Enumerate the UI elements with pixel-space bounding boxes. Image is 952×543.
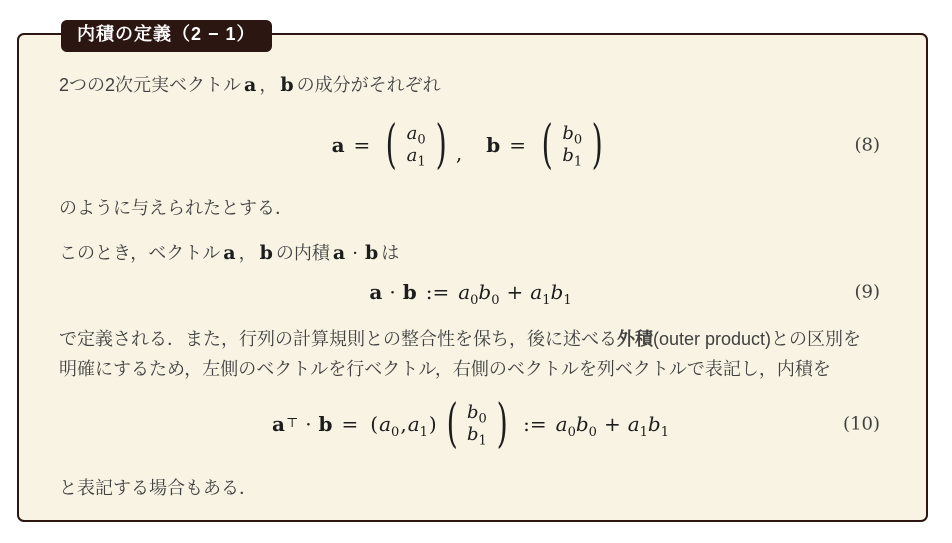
var-a: a (408, 412, 420, 436)
left-paren: ( (446, 401, 457, 448)
equation-number-9: (9) (855, 282, 881, 303)
sub-1: 1 (420, 425, 428, 440)
equals-sign: = (509, 133, 526, 157)
intro-comma: ， (259, 75, 277, 95)
var-a: a (379, 412, 391, 436)
var-b: b (467, 402, 479, 423)
column-vector-b: ( b0 b1 ) (442, 401, 512, 448)
comma: , (400, 412, 406, 436)
row-vector-a: ( a0 , a1 ) (369, 412, 437, 436)
term-a1: a1 (530, 280, 550, 304)
var-a: a (530, 280, 542, 304)
vector-b-entries: b0 b1 (462, 402, 492, 445)
l2-text-post: は (381, 243, 399, 263)
equation-number-8: (8) (855, 135, 881, 156)
equation-10-body: a⊤ · b = ( a0 , a1 ) ( b0 (272, 401, 669, 448)
equals-sign: = (354, 133, 371, 157)
var-b: b (478, 280, 491, 304)
outro-line: と表記する場合もある． (59, 478, 882, 499)
var-b: b (467, 424, 479, 445)
definition-content: 2つの2次元実ベクトルa，bの成分がそれぞれ a = ( a0 a1 ) , (19, 35, 926, 499)
var-b: b (648, 412, 661, 436)
plus-sign: + (507, 280, 524, 304)
entry-b0: b0 (562, 123, 582, 145)
equals-sign: = (342, 412, 359, 436)
dot-operator: · (305, 412, 311, 436)
entry-b1: b1 (467, 424, 487, 446)
sub-1: 1 (661, 425, 669, 440)
vector-a-entries: a0 a1 (402, 123, 431, 166)
vector-a-symbol: a (332, 133, 345, 157)
dot-operator: · (389, 280, 395, 304)
term-a1: a1 (628, 412, 648, 436)
sub-1: 1 (574, 155, 582, 170)
equation-9: a · b := a0 b0 + a1 b1 (9) (59, 278, 882, 306)
var-b: b (562, 123, 574, 144)
sub-1: 1 (640, 425, 648, 440)
vector-b-inline: b (365, 242, 378, 264)
para-text-post: (outer product)との区別を (653, 329, 861, 349)
after-eq8-line: のように与えられたとする． (59, 198, 882, 219)
var-a: a (407, 145, 418, 166)
right-paren: ) (496, 401, 507, 448)
column-vector-b: ( b0 b1 ) (537, 122, 607, 169)
vector-b-inline: b (260, 242, 273, 264)
defined-equals: := (426, 280, 450, 304)
sub-1: 1 (563, 293, 571, 308)
column-vector-a: ( a0 a1 ) (381, 122, 451, 169)
dot-operator-inline: · (352, 243, 358, 264)
var-a: a (556, 412, 568, 436)
entry-a0: a0 (407, 123, 426, 145)
equation-8: a = ( a0 a1 ) , b = ( (59, 116, 882, 174)
after-eq8-text: のように与えられたとする． (59, 198, 293, 218)
var-a: a (407, 123, 418, 144)
var-b: b (562, 145, 574, 166)
sub-1: 1 (479, 434, 487, 449)
right-paren: ) (435, 122, 446, 169)
paragraph-line-1: で定義される．また，行列の計算規則との整合性を保ち，後に述べる外積(outer … (59, 324, 882, 354)
right-paren: ) (592, 122, 603, 169)
var-a: a (458, 280, 470, 304)
intro-line: 2つの2次元実ベクトルa，bの成分がそれぞれ (59, 75, 882, 96)
entry-b1: b1 (562, 145, 582, 167)
inner-product-intro-line: このとき，ベクトルa，bの内積a·bは (59, 243, 882, 264)
var-b: b (551, 280, 564, 304)
intro-text-post: の成分がそれぞれ (297, 75, 441, 95)
sub-1: 1 (542, 293, 550, 308)
term-b0: b0 (478, 280, 499, 304)
separator-comma: , (456, 141, 462, 165)
l2-comma: ， (239, 243, 257, 263)
entry-a0: a0 (379, 412, 399, 436)
definition-box: 内積の定義（2 − 1） 2つの2次元実ベクトルa，bの成分がそれぞれ a = … (17, 33, 928, 522)
vector-b-inline: b (280, 74, 293, 96)
left-paren: ( (370, 412, 378, 436)
right-paren: ) (429, 412, 437, 436)
var-b: b (576, 412, 589, 436)
vector-b-entries: b0 b1 (557, 123, 587, 166)
vector-a-inline: a (333, 242, 345, 264)
term-b1: b1 (648, 412, 669, 436)
vector-a-symbol: a (272, 412, 285, 436)
equation-10: a⊤ · b = ( a0 , a1 ) ( b0 (59, 392, 882, 456)
vector-b-symbol: b (403, 280, 417, 304)
term-a0: a0 (458, 280, 478, 304)
sub-1: 1 (417, 155, 425, 170)
sub-0: 0 (589, 425, 597, 440)
entry-a1: a1 (407, 145, 426, 167)
transpose-symbol: ⊤ (286, 416, 298, 431)
equation-number-10: (10) (843, 414, 880, 435)
l2-text-pre: このとき，ベクトル (59, 243, 220, 263)
definition-title-text: 内積の定義（2 − 1） (77, 24, 256, 44)
outer-product-bold: 外積 (617, 329, 653, 349)
left-paren: ( (386, 122, 397, 169)
equation-9-body: a · b := a0 b0 + a1 b1 (369, 280, 571, 304)
defined-equals: := (523, 412, 547, 436)
vector-a-inline: a (244, 74, 256, 96)
definition-title-badge: 内積の定義（2 − 1） (61, 20, 272, 52)
var-a: a (628, 412, 640, 436)
entry-a1: a1 (408, 412, 428, 436)
vector-a-symbol: a (369, 280, 382, 304)
sub-0: 0 (568, 425, 576, 440)
para-line2-text: 明確にするため，左側のベクトルを行ベクトル，右側のベクトルを列ベクトルで表記し，… (59, 359, 831, 379)
page: 内積の定義（2 − 1） 2つの2次元実ベクトルa，bの成分がそれぞれ a = … (0, 0, 952, 543)
term-a0: a0 (556, 412, 576, 436)
plus-sign: + (604, 412, 621, 436)
vector-b-symbol: b (486, 133, 500, 157)
outro-text: と表記する場合もある． (59, 478, 257, 498)
sub-0: 0 (470, 293, 478, 308)
vector-a-inline: a (223, 242, 235, 264)
equation-8-body: a = ( a0 a1 ) , b = ( (332, 122, 610, 169)
sub-0: 0 (491, 293, 499, 308)
vector-b-symbol: b (319, 412, 333, 436)
paragraph-line-2: 明確にするため，左側のベクトルを行ベクトル，右側のベクトルを列ベクトルで表記し，… (59, 354, 882, 384)
term-b0: b0 (576, 412, 597, 436)
sub-0: 0 (391, 425, 399, 440)
term-b1: b1 (551, 280, 572, 304)
l2-text-mid: の内積 (276, 243, 330, 263)
para-text-pre: で定義される．また，行列の計算規則との整合性を保ち，後に述べる (59, 329, 617, 349)
intro-text-pre: 2つの2次元実ベクトル (59, 75, 241, 95)
entry-b0: b0 (467, 402, 487, 424)
left-paren: ( (542, 122, 553, 169)
